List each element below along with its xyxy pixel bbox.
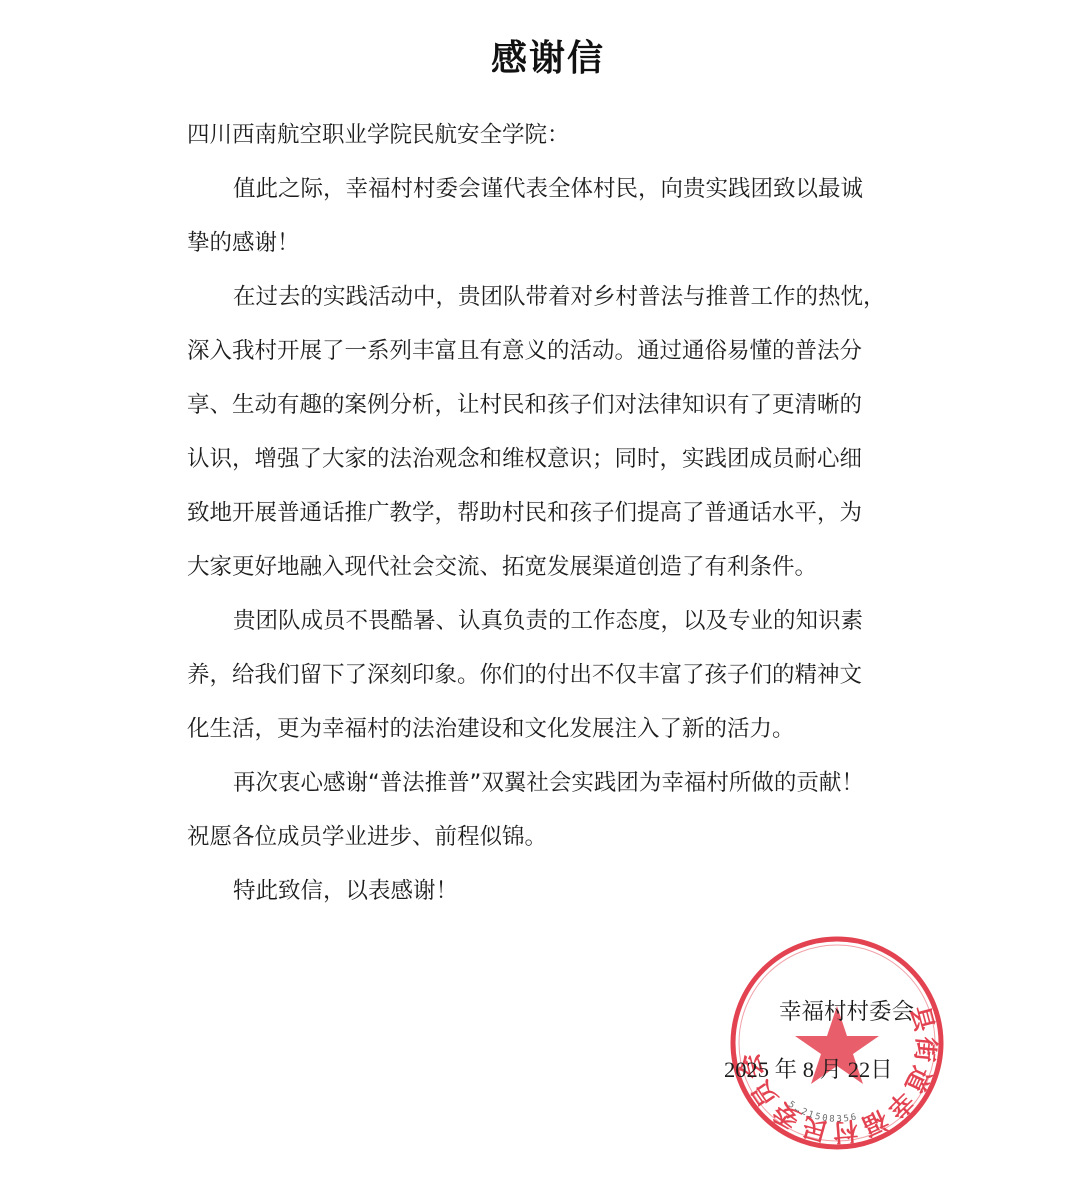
date-month: 8 [803, 1057, 814, 1082]
star-icon [795, 1006, 879, 1084]
paragraph-line: 深入我村开展了一系列丰富且有意义的活动。通过通俗易懂的普法分 [187, 324, 915, 378]
date-year: 2025 [724, 1057, 769, 1082]
paragraph-line: 在过去的实践活动中，贵团队带着对乡村普法与推普工作的热忱， [187, 270, 915, 324]
paragraph-line: 养，给我们留下了深刻印象。你们的付出不仅丰富了孩子们的精神文 [187, 648, 915, 702]
letter-page: 感谢信 四川西南航空职业学院民航安全学院： 值此之际，幸福村村委会谨代表全体村民… [0, 0, 1080, 1183]
paragraph-line: 认识，增强了大家的法治观念和维权意识；同时，实践团成员耐心细 [187, 432, 915, 486]
date-year-suffix: 年 [775, 1057, 798, 1083]
paragraph-line: 值此之际，幸福村村委会谨代表全体村民，向贵实践团致以最诚 [187, 162, 915, 216]
paragraph-line: 挚的感谢！ [187, 216, 915, 270]
paragraph-line: 致地开展普通话推广教学，帮助村民和孩子们提高了普通话水平，为 [187, 486, 915, 540]
paragraph-line: 大家更好地融入现代社会交流、拓宽发展渠道创造了有利条件。 [187, 540, 915, 594]
date-month-suffix: 月 [820, 1057, 843, 1083]
svg-text:5…21508356: 5…21508356 [786, 1100, 859, 1125]
stamp-code-text: 5…21508356 [786, 1100, 859, 1125]
letter-body: 四川西南航空职业学院民航安全学院： 值此之际，幸福村村委会谨代表全体村民，向贵实… [187, 108, 915, 918]
signature-organization: 幸福村村委会 [779, 994, 914, 1026]
stamp-ring-text: 县街道幸福村民委员会 [729, 969, 946, 1152]
letter-title: 感谢信 [0, 30, 1080, 81]
paragraph-line: 特此致信，以表感谢！ [187, 864, 915, 918]
paragraph-line: 祝愿各位成员学业进步、前程似锦。 [187, 810, 915, 864]
signature-date: 2025 年 8 月 22日 [724, 1052, 893, 1084]
salutation: 四川西南航空职业学院民航安全学院： [187, 108, 915, 162]
paragraph-line: 再次衷心感谢“普法推普”双翼社会实践团为幸福村所做的贡献！ [187, 756, 915, 810]
paragraph-line: 化生活，更为幸福村的法治建设和文化发展注入了新的活力。 [187, 702, 915, 756]
date-day-suffix: 日 [870, 1057, 893, 1083]
paragraph-line: 贵团队成员不畏酷暑、认真负责的工作态度，以及专业的知识素 [187, 594, 915, 648]
date-day: 22 [848, 1057, 871, 1082]
official-seal-stamp-icon: 县街道幸福村民委员会 5…21508356 [728, 934, 946, 1152]
svg-text:县街道幸福村民委员会: 县街道幸福村民委员会 [729, 969, 946, 1152]
paragraph-line: 享、生动有趣的案例分析，让村民和孩子们对法律知识有了更清晰的 [187, 378, 915, 432]
